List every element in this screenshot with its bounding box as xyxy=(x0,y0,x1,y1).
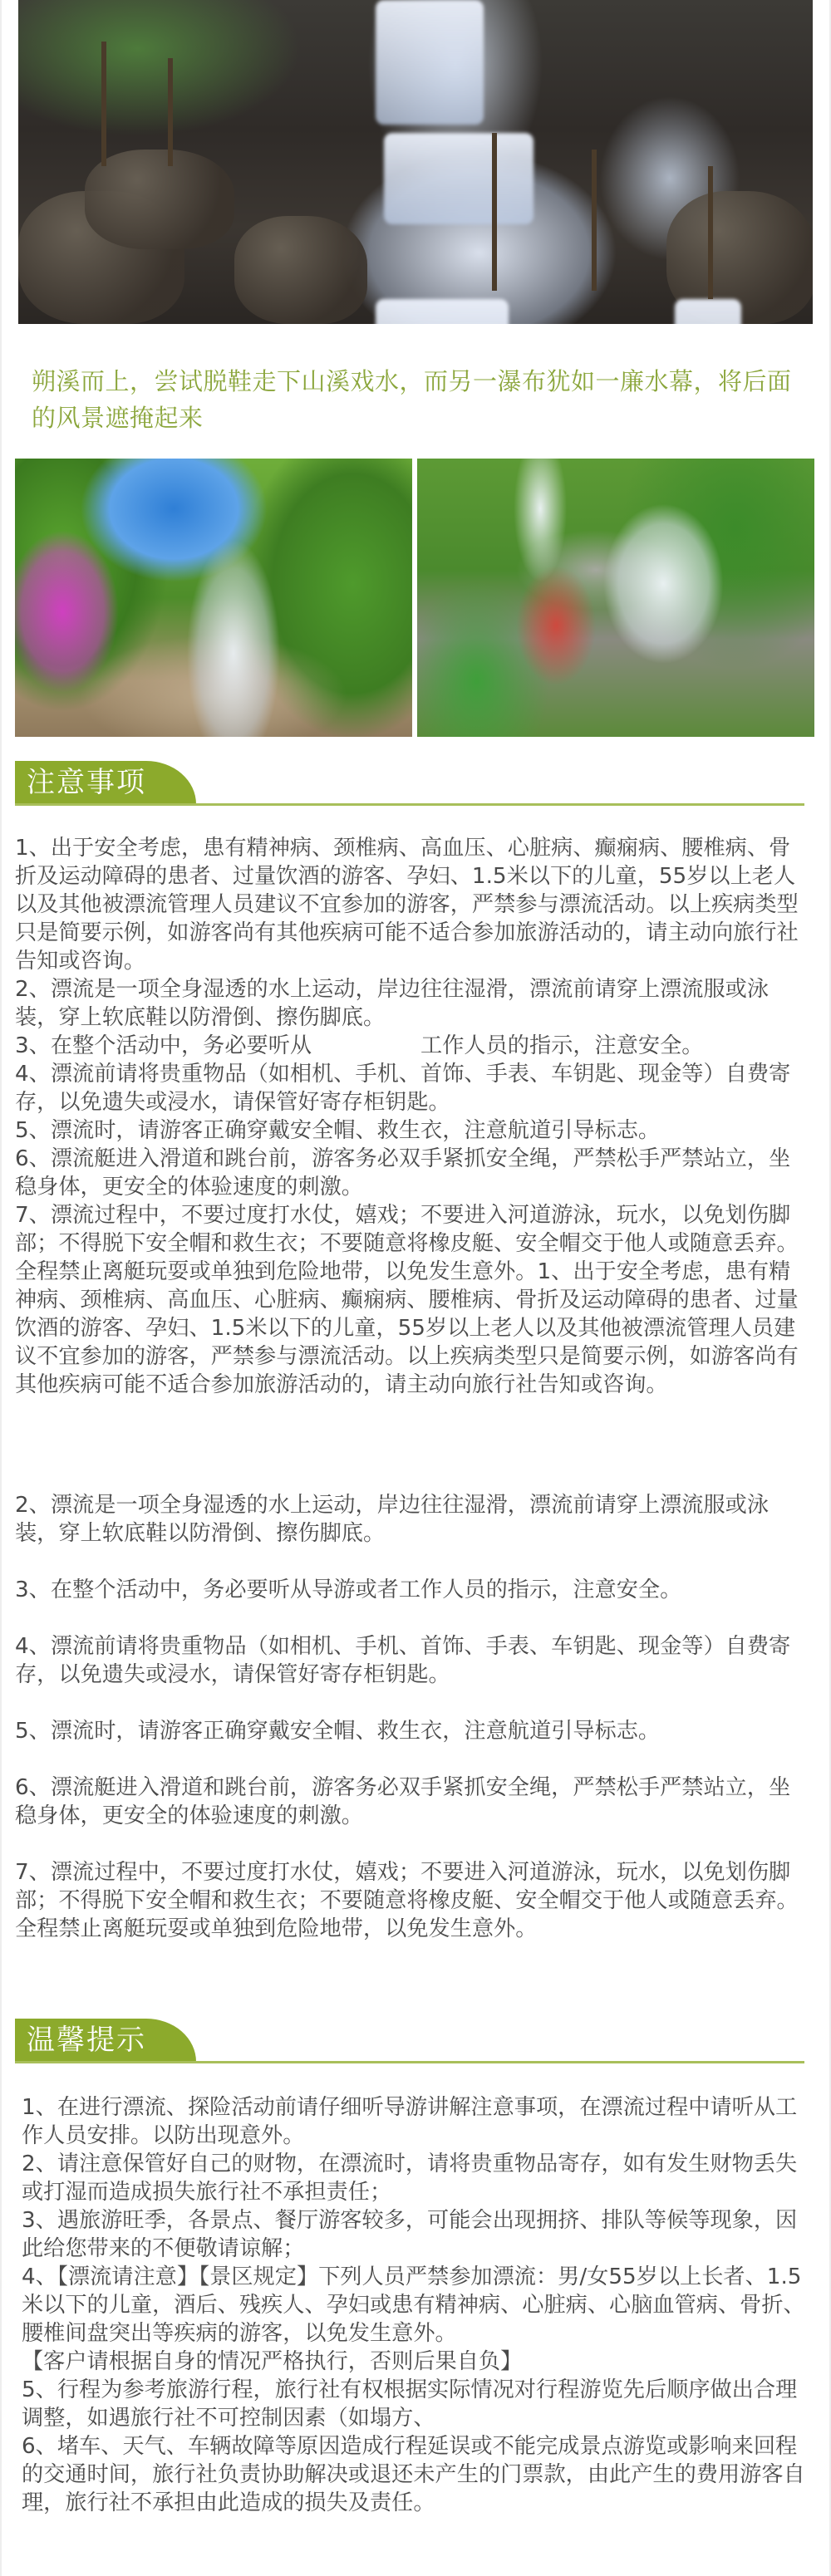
precaution-item: 7、漂流过程中，不要过度打水仗，嬉戏；不要进入河道游泳，玩水，以免划伤脚部；不得… xyxy=(15,1201,804,1399)
waterfall-garden-photo xyxy=(417,459,814,737)
precautions-list-2: 2、漂流是一项全身湿透的水上运动，岸边往往湿滑，漂流前请穿上漂流服或泳装，穿上软… xyxy=(15,1491,804,1943)
section-divider xyxy=(15,803,804,806)
tip-item: 6、堵车、天气、车辆故障等原因造成行程延误或不能完成景点游览或影响来回程的交通时… xyxy=(22,2432,811,2517)
precaution-item: 3、在整个活动中，务必要听从导游或者工作人员的指示，注意安全。 xyxy=(15,1576,804,1604)
tip-item: 2、请注意保管好自己的财物，在漂流时，请将贵重物品寄存，如有发生财物丢失或打湿而… xyxy=(22,2150,811,2206)
precautions-header: 注意事项 xyxy=(15,761,804,806)
precaution-item: 3、在整个活动中，务必要听从 工作人员的指示，注意安全。 xyxy=(15,1032,804,1060)
precaution-item: 1、出于安全考虑，患有精神病、颈椎病、高血压、心脏病、癫痫病、腰椎病、骨折及运动… xyxy=(15,834,804,975)
precautions-list-1: 1、出于安全考虑，患有精神病、颈椎病、高血压、心脏病、癫痫病、腰椎病、骨折及运动… xyxy=(15,834,804,1399)
precaution-item: 2、漂流是一项全身湿透的水上运动，岸边往往湿滑，漂流前请穿上漂流服或泳装，穿上软… xyxy=(15,975,804,1032)
tips-header: 温馨提示 xyxy=(15,2019,804,2063)
section-divider xyxy=(15,2061,804,2063)
precaution-item: 2、漂流是一项全身湿透的水上运动，岸边往往湿滑，漂流前请穿上漂流服或泳装，穿上软… xyxy=(15,1491,804,1548)
precaution-item: 5、漂流时，请游客正确穿戴安全帽、救生衣，注意航道引导标志。 xyxy=(15,1116,804,1145)
precaution-item: 5、漂流时，请游客正确穿戴安全帽、救生衣，注意航道引导标志。 xyxy=(15,1717,804,1745)
tip-item: 【客户请根据自身的情况严格执行，否则后果自负】 xyxy=(22,2348,811,2376)
tip-item: 3、遇旅游旺季，各景点、餐厅游客较多，可能会出现拥挤、排队等候等现象，因此给您带… xyxy=(22,2206,811,2263)
photo-caption: 朔溪而上，尝试脱鞋走下山溪戏水，而另一瀑布犹如一廉水幕，将后面的风景遮掩起来 xyxy=(32,363,796,436)
hero-waterfall-image xyxy=(18,0,813,324)
precaution-item: 4、漂流前请将贵重物品（如相机、手机、首饰、手表、车钥匙、现金等）自费寄存，以免… xyxy=(15,1060,804,1116)
tips-title: 温馨提示 xyxy=(15,2019,196,2062)
precaution-item: 4、漂流前请将贵重物品（如相机、手机、首饰、手表、车钥匙、现金等）自费寄存，以免… xyxy=(15,1632,804,1689)
precaution-item: 6、漂流艇进入滑道和跳台前，游客务必双手紧抓安全绳，严禁松手严禁站立，坐稳身体，… xyxy=(15,1774,804,1830)
tips-list: 1、在进行漂流、探险活动前请仔细听导游讲解注意事项，在漂流过程中请听从工作人员安… xyxy=(22,2093,811,2517)
waterfall-skywalk-photo xyxy=(15,459,412,737)
tip-item: 1、在进行漂流、探险活动前请仔细听导游讲解注意事项，在漂流过程中请听从工作人员安… xyxy=(22,2093,811,2150)
precautions-title: 注意事项 xyxy=(15,761,196,804)
precaution-item: 6、漂流艇进入滑道和跳台前，游客务必双手紧抓安全绳，严禁松手严禁站立，坐稳身体，… xyxy=(15,1145,804,1201)
page: 朔溪而上，尝试脱鞋走下山溪戏水，而另一瀑布犹如一廉水幕，将后面的风景遮掩起来 注… xyxy=(0,0,831,2576)
tip-item: 5、行程为参考旅游行程，旅行社有权根据实际情况对行程游览先后顺序做出合理调整，如… xyxy=(22,2376,811,2432)
precaution-item: 7、漂流过程中，不要过度打水仗，嬉戏；不要进入河道游泳，玩水，以免划伤脚部；不得… xyxy=(15,1858,804,1943)
tip-item: 4、【漂流请注意】【景区规定】下列人员严禁参加漂流：男/女55岁以上长者、1.5… xyxy=(22,2263,811,2348)
